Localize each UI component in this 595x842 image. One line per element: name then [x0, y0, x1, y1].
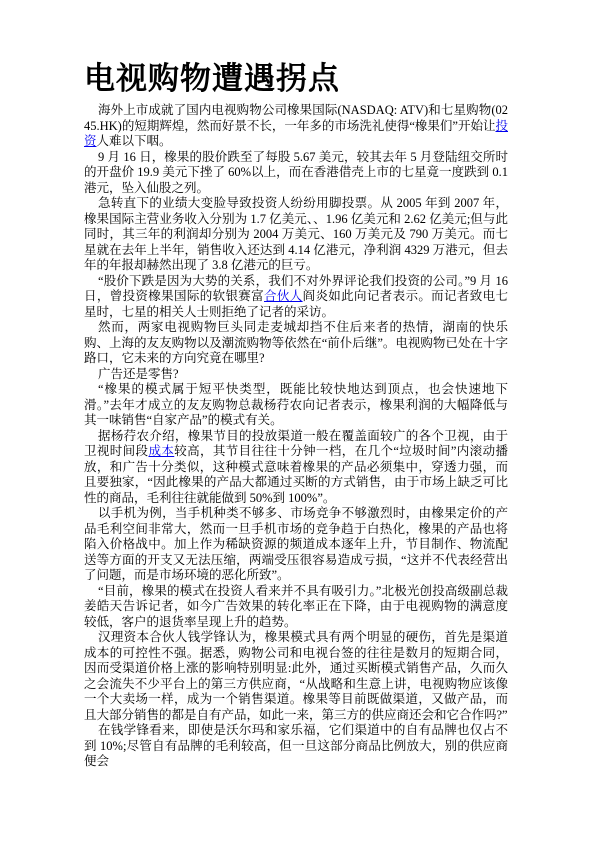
- document-page: 电视购物遭遇拐点 海外上市成就了国内电视购物公司橡果国际(NASDAQ: ATV…: [0, 0, 595, 842]
- paragraph: 在钱学锋看来，即使是沃尔玛和家乐福，它们渠道中的自有品牌也仅占不到 10%;尽管…: [84, 723, 508, 770]
- chengben-link[interactable]: 成本: [148, 444, 174, 458]
- paragraph: 广告还是零售?: [84, 367, 508, 383]
- paragraph: 急转直下的业绩大变脸导致投资人纷纷用脚投票。从 2005 年到 2007 年，橡…: [84, 196, 508, 274]
- paragraph: “股价下跌是因为大势的关系，我们不对外界评论我们投资的公司。”9 月 16 日，…: [84, 274, 508, 321]
- paragraph: 以手机为例，当手机种类不够多、市场竞争不够激烈时，由橡果定价的产品毛利空间非常大…: [84, 506, 508, 584]
- paragraph: “目前，橡果的模式在投资人看来并不具有吸引力。”北极光创投高级副总裁姜皓天告诉记…: [84, 584, 508, 631]
- paragraph: 然而，两家电视购物巨头同走麦城却挡不住后来者的热情，湖南的快乐购、上海的友友购物…: [84, 320, 508, 367]
- article-title: 电视购物遭遇拐点: [84, 61, 508, 97]
- paragraph: 9 月 16 日，橡果的股价跌至了每股 5.67 美元，较其去年 5 月登陆纽交…: [84, 150, 508, 197]
- paragraph: 汉理资本合伙人钱学锋认为，橡果模式具有两个明显的硬伤，首先是渠道成本的可控性不强…: [84, 630, 508, 723]
- hehuoren-link[interactable]: 合伙人: [264, 289, 303, 303]
- touzi-link[interactable]: 投资: [84, 119, 508, 149]
- paragraph: 据杨荇农介绍，橡果节目的投放渠道一般在覆盖面较广的各个卫视，由于卫视时间段成本较…: [84, 429, 508, 507]
- paragraph: 海外上市成就了国内电视购物公司橡果国际(NASDAQ: ATV)和七星购物(02…: [84, 103, 508, 150]
- paragraph: “橡果的模式属于短平快类型，既能比较快地达到顶点，也会快速地下滑。”去年才成立的…: [84, 382, 508, 429]
- article-body: 海外上市成就了国内电视购物公司橡果国际(NASDAQ: ATV)和七星购物(02…: [84, 103, 508, 770]
